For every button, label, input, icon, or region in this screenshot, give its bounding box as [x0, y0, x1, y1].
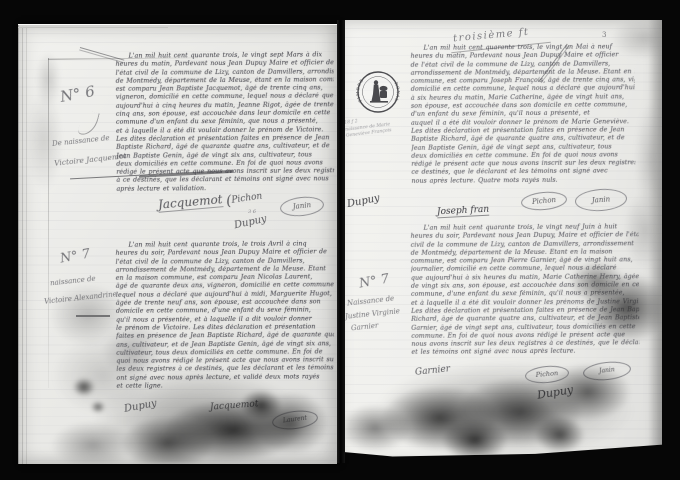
manuscript-line: nous après lecture. Quatre mots rayés nu… — [411, 176, 635, 186]
sheet-edge — [18, 27, 168, 28]
birth-act-6-text: L'an mil huit cent quarante trois, le vi… — [116, 51, 335, 194]
register-page-right: troisième ft 3 TIMBRE ROYAL — [345, 20, 662, 460]
margin-underline — [76, 315, 110, 317]
signature-marks: 3 6 — [248, 209, 256, 215]
birth-act-7-text: L'an mil huit cent quarante trois, le tr… — [115, 240, 334, 391]
book-gutter — [337, 20, 345, 463]
register-page-left: N° 6 De naissance de Victoire Jacquemot … — [18, 24, 337, 464]
manuscript-line: ont signé avec nous après lecture, et va… — [116, 373, 334, 383]
scanned-register-spread: N° 6 De naissance de Victoire Jacquemot … — [0, 0, 680, 480]
manuscript-line: après lecture et validation. — [116, 184, 334, 194]
margin-frame-line — [48, 58, 49, 388]
page-number: 3 — [602, 31, 606, 39]
birth-act-7-text: L'an mil huit cent quarante trois, le vi… — [411, 223, 640, 357]
manuscript-line: à ce destinés, que les déclarant et témo… — [116, 176, 334, 186]
manuscript-line: et les témoins ont signé avec nous après… — [411, 348, 639, 358]
birth-act-text: L'an mil huit cent quarante trois, le vi… — [410, 43, 635, 191]
timbre-royal-stamp: TIMBRE ROYAL — [356, 70, 400, 114]
manuscript-line: et cette ligne. — [116, 381, 334, 391]
